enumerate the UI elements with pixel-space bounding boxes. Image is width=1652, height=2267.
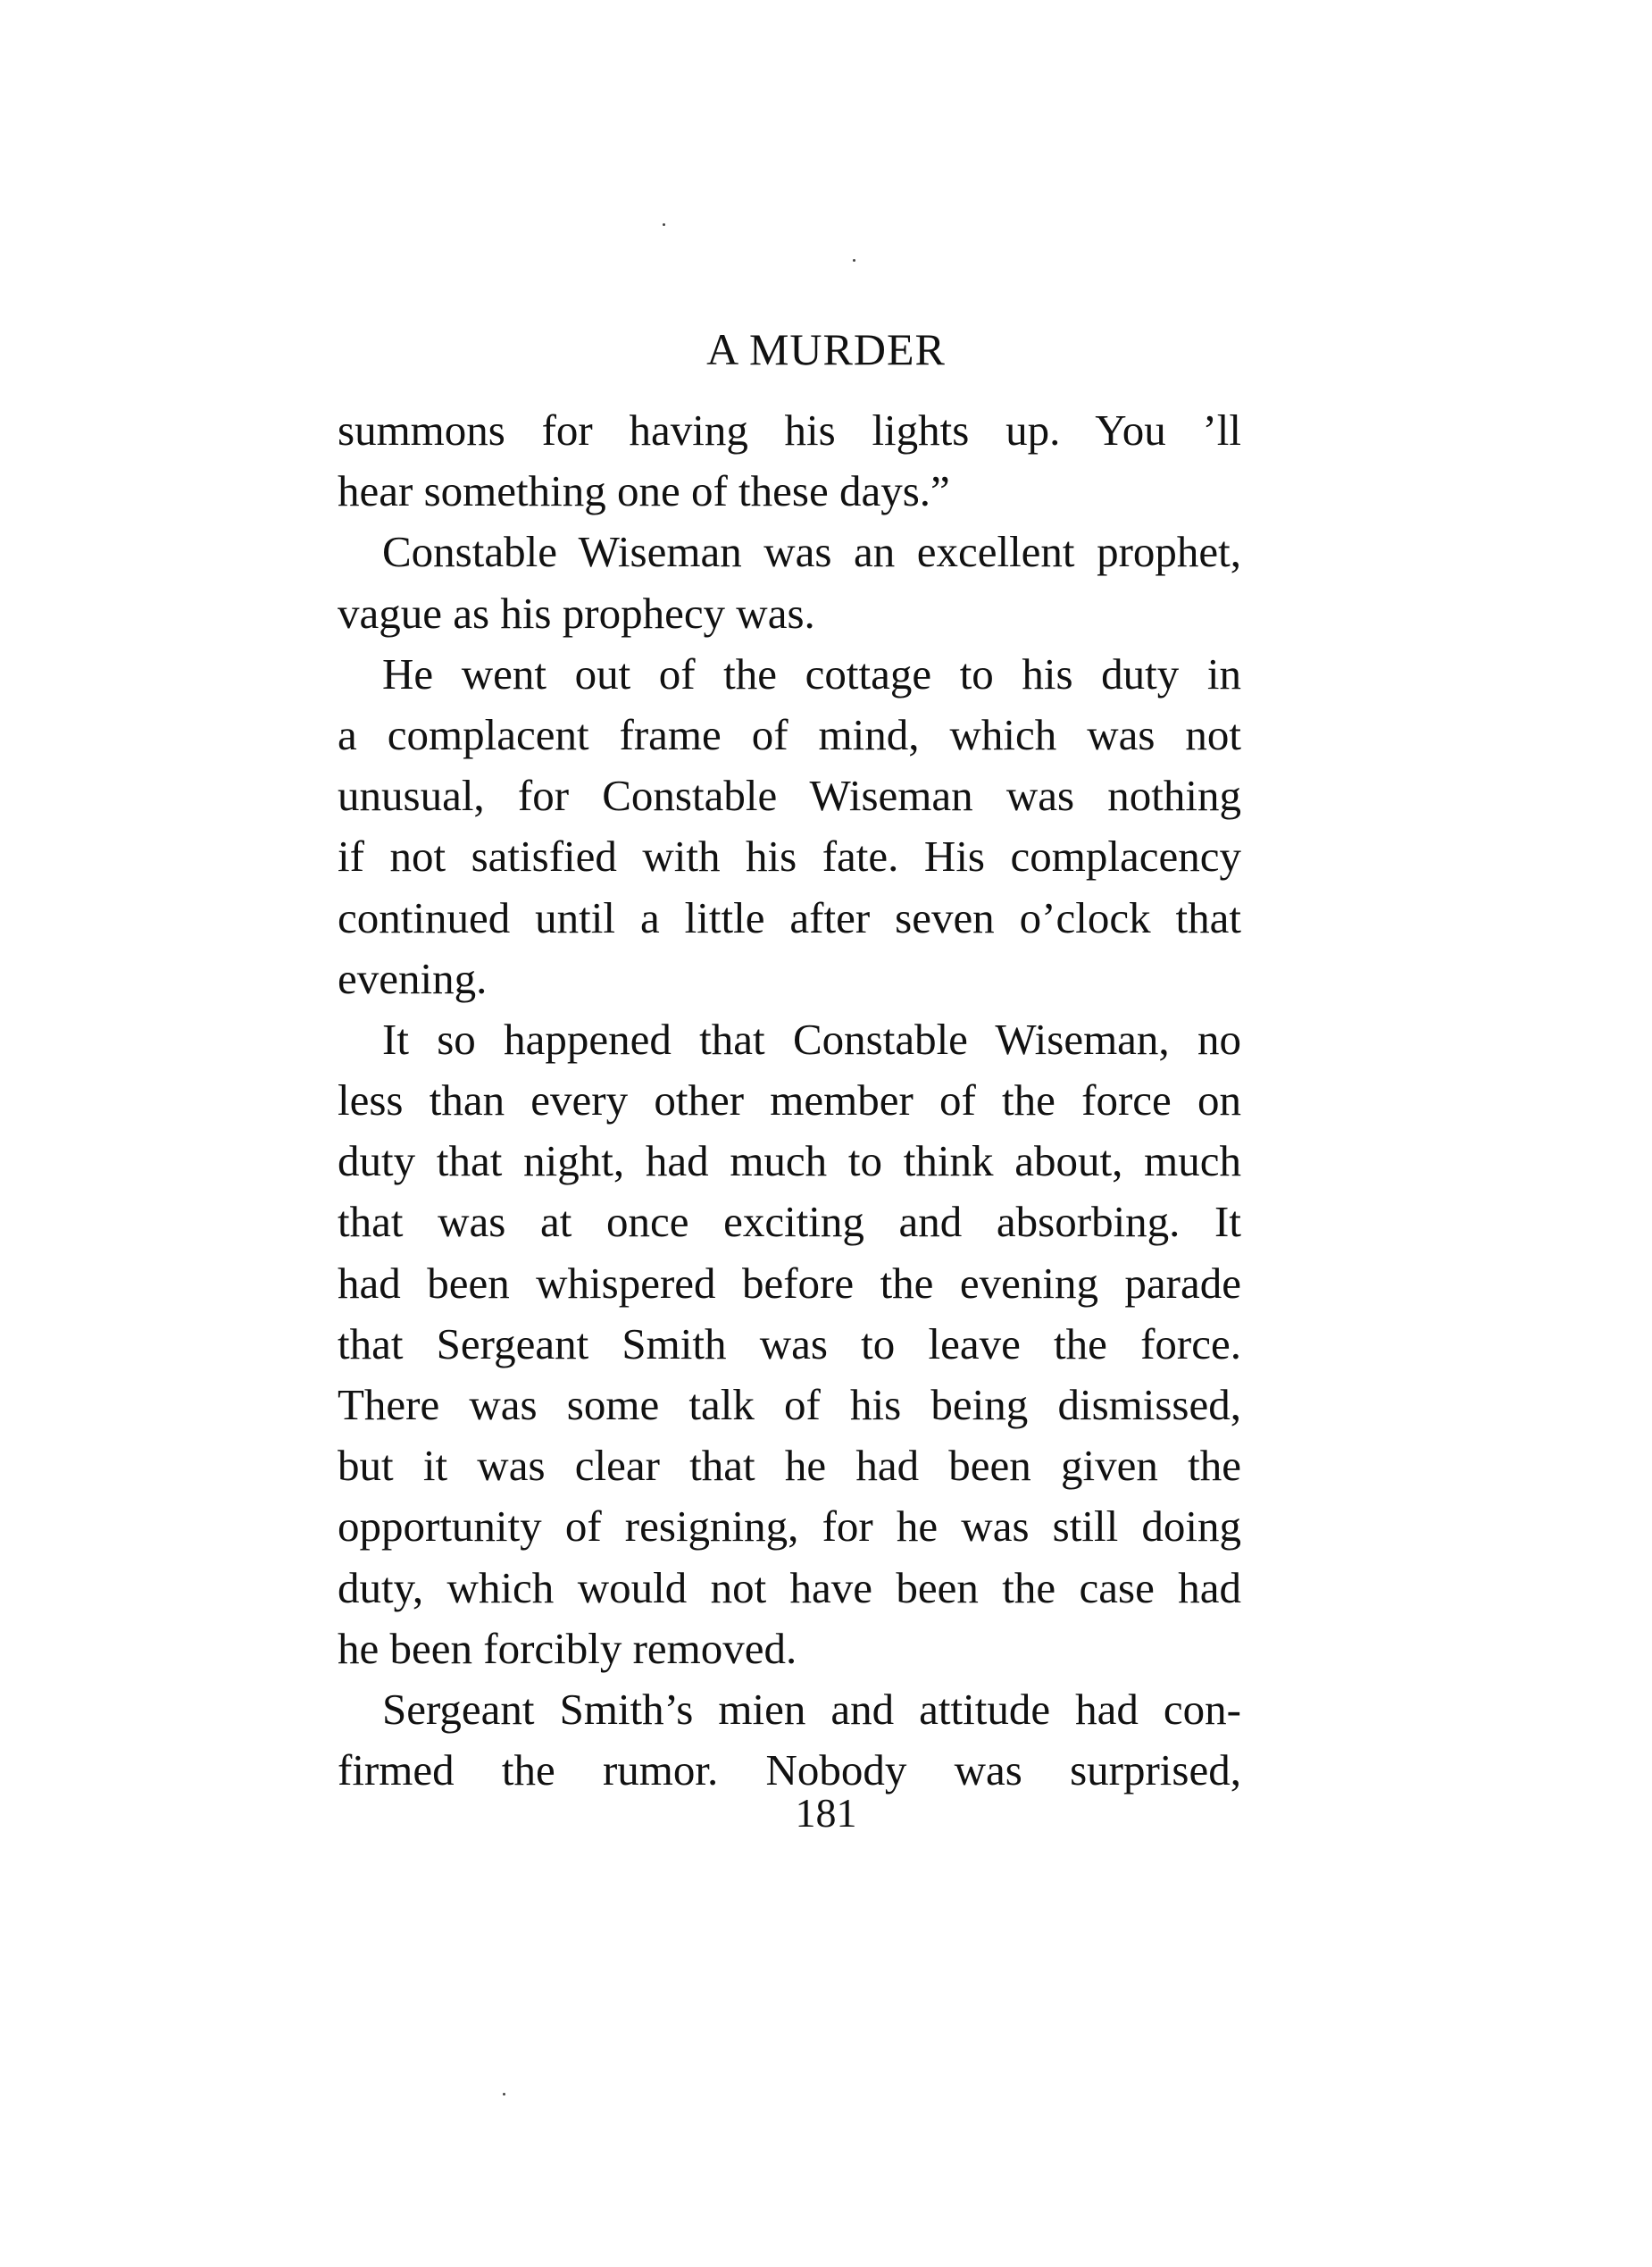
text-line: if not satisfied with his fate. His comp… (338, 826, 1241, 887)
book-page: A MURDER summons for having his lights u… (0, 0, 1652, 2267)
text-line: a complacent frame of mind, which was no… (338, 705, 1241, 765)
text-line: unusual, for Constable Wiseman was nothi… (338, 765, 1241, 826)
text-line: He went out of the cottage to his duty i… (338, 644, 1241, 705)
text-line: but it was clear that he had been given … (338, 1435, 1241, 1496)
text-line: he been forcibly removed. (338, 1619, 1241, 1679)
text-line: duty, which would not have been the case… (338, 1558, 1241, 1619)
text-line: that was at once exciting and absorbing.… (338, 1192, 1241, 1252)
scan-speck (503, 2093, 505, 2096)
text-line: There was some talk of his being dismiss… (338, 1375, 1241, 1435)
text-line: evening. (338, 949, 1241, 1009)
text-line: opportunity of resigning, for he was sti… (338, 1496, 1241, 1557)
text-line: summons for having his lights up. You ’l… (338, 400, 1241, 461)
text-line: Sergeant Smith’s mien and attitude had c… (338, 1679, 1241, 1740)
text-line: had been whispered before the evening pa… (338, 1253, 1241, 1314)
text-line: that Sergeant Smith was to leave the for… (338, 1314, 1241, 1375)
running-header: A MURDER (0, 323, 1652, 375)
text-line: vague as his prophecy was. (338, 583, 1241, 644)
text-line: continued until a little after seven o’c… (338, 888, 1241, 949)
text-line: duty that night, had much to think about… (338, 1131, 1241, 1192)
text-line: hear something one of these days.” (338, 461, 1241, 522)
text-line: Constable Wiseman was an excellent proph… (338, 522, 1241, 582)
scan-speck (853, 259, 855, 262)
scan-speck (663, 223, 665, 226)
page-number: 181 (0, 1789, 1652, 1836)
body-text: summons for having his lights up. You ’l… (338, 400, 1241, 1801)
text-line: It so happened that Constable Wiseman, n… (338, 1009, 1241, 1070)
text-line: less than every other member of the forc… (338, 1070, 1241, 1131)
